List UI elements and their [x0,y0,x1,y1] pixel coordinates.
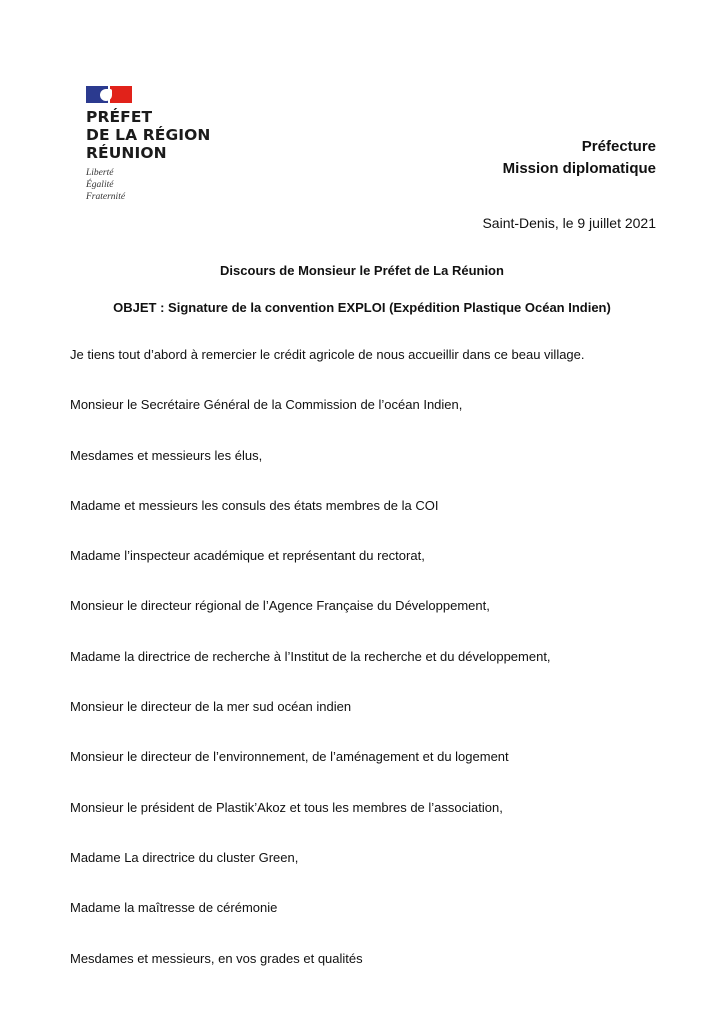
office-heading: Préfecture Mission diplomatique [503,136,656,180]
french-flag-icon [86,86,132,103]
speech-title: Discours de Monsieur le Préfet de La Réu… [0,263,724,278]
logo-title: PRÉFET DE LA RÉGION RÉUNION [86,108,226,162]
speech-line: Monsieur le directeur régional de l’Agen… [70,598,670,648]
motto-line: Fraternité [86,191,226,203]
logo-title-line: PRÉFET [86,108,226,126]
prefet-logo: PRÉFET DE LA RÉGION RÉUNION Liberté Égal… [86,86,226,203]
speech-line: Monsieur le président de Plastik’Akoz et… [70,800,670,850]
marianne-icon [100,89,112,101]
motto-line: Liberté [86,167,226,179]
logo-title-line: DE LA RÉGION [86,126,226,144]
speech-line: Madame la maîtresse de cérémonie [70,900,670,950]
speech-line: Je tiens tout d’abord à remercier le cré… [70,347,670,397]
speech-line: Madame la directrice de recherche à l’In… [70,649,670,699]
speech-line: Madame La directrice du cluster Green, [70,850,670,900]
speech-line: Mesdames et messieurs, en vos grades et … [70,951,670,1001]
speech-line: Monsieur le Secrétaire Général de la Com… [70,397,670,447]
speech-line: Monsieur le directeur de la mer sud océa… [70,699,670,749]
speech-line: Mesdames et messieurs les élus, [70,448,670,498]
office-line: Préfecture [503,136,656,158]
office-line: Mission diplomatique [503,158,656,180]
speech-line: Madame l’inspecteur académique et représ… [70,548,670,598]
logo-title-line: RÉUNION [86,144,226,162]
speech-object: OBJET : Signature de la convention EXPLO… [0,300,724,315]
speech-line: Monsieur le directeur de l’environnement… [70,749,670,799]
motto: Liberté Égalité Fraternité [86,167,226,203]
speech-body: Je tiens tout d’abord à remercier le cré… [70,347,670,1001]
speech-line: Madame et messieurs les consuls des état… [70,498,670,548]
document-date: Saint-Denis, le 9 juillet 2021 [482,215,656,231]
motto-line: Égalité [86,179,226,191]
flag-red-band [110,86,132,103]
